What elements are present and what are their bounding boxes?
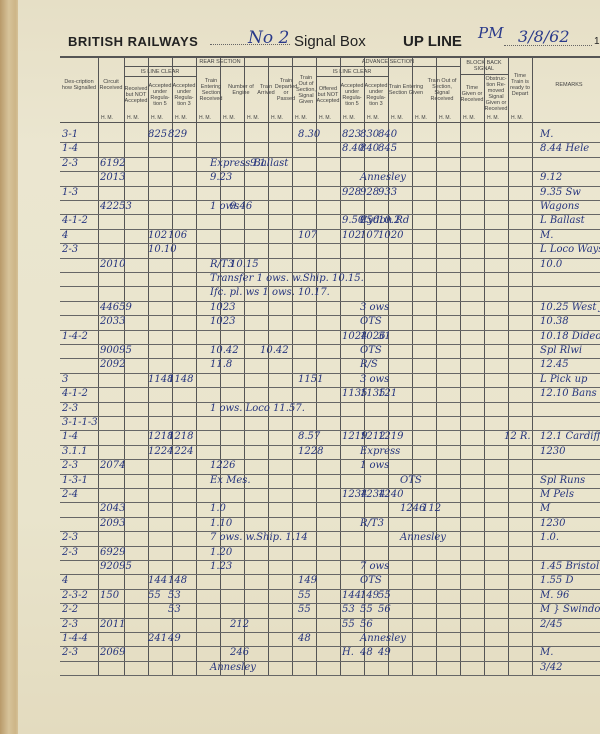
entry-circuit: 2093	[100, 518, 125, 530]
entry-a2: 830	[360, 129, 379, 141]
row-rule	[60, 315, 600, 316]
entry-a3: 1020	[378, 230, 403, 242]
entry-desc: 4	[62, 230, 68, 242]
column-rule	[508, 56, 509, 676]
engine-number-heading: Number of Engine	[226, 66, 256, 114]
out-received-heading: Train Out of Section, Signal Received	[424, 66, 460, 114]
hm-label: H. M.	[487, 115, 499, 121]
entry-desc: 1-4	[62, 143, 78, 155]
entry-c4: 53	[168, 604, 181, 616]
column-rule	[244, 56, 245, 676]
entry-c4: 148	[168, 575, 187, 587]
entry-remarks: 10.18 Dideot	[540, 331, 600, 343]
register-page: BRITISH RAILWAYS No 2 Signal Box UP LINE…	[18, 0, 600, 734]
row-rule	[60, 474, 600, 475]
adv-not-accepted-heading: Offered but NOT Accepted	[316, 76, 340, 114]
row-rule	[60, 214, 600, 215]
entry-remarks: M. 96	[540, 590, 569, 602]
entry-c5: 9.23	[210, 172, 232, 184]
entry-remarks: M.	[540, 647, 553, 659]
entry-c8: 8.30	[298, 129, 320, 141]
entry-a1: 55	[342, 619, 355, 631]
entry-c8: 107	[298, 230, 317, 242]
entry-c3: 102	[148, 230, 167, 242]
entry-remarks: 1230	[540, 518, 565, 530]
entry-c6: 246	[230, 647, 249, 659]
entry-remarks: 3/42	[540, 662, 562, 674]
entry-remarks: 9.12	[540, 172, 562, 184]
row-rule	[60, 632, 600, 633]
entry-remarks: M.	[540, 230, 553, 242]
hm-label: H. M.	[463, 115, 475, 121]
hm-label: H. M.	[295, 115, 307, 121]
entry-note: 7 ows	[360, 561, 389, 573]
entry-desc: 1-3-1	[62, 475, 88, 487]
entry-a2: 840	[360, 143, 379, 155]
entry-remarks: 10.0	[540, 259, 562, 271]
entry-desc: 2-3	[62, 619, 78, 631]
entry-remarks: 1.45 Bristol	[540, 561, 599, 573]
entry-a1: 102	[342, 230, 361, 242]
entry-c4: 829	[168, 129, 187, 141]
row-rule	[60, 459, 600, 460]
entry-desc: 3	[62, 374, 68, 386]
hm-label: H. M.	[367, 115, 379, 121]
remarks-heading: REMARKS	[532, 56, 600, 114]
entry-remarks: Spl Rlwi	[540, 345, 582, 357]
entry-desc: 1-4	[62, 431, 78, 443]
entry-a1: 823	[342, 129, 361, 141]
hm-label: H. M.	[511, 115, 523, 121]
hm-label: H. M.	[271, 115, 283, 121]
entry-circuit: 6192	[100, 158, 125, 170]
entry-note2: OTS	[400, 475, 422, 487]
block-back-heading: BLOCK BACK SIGNAL	[460, 57, 508, 74]
hm-label: H. M.	[391, 115, 403, 121]
signal-box-label: Signal Box	[294, 33, 366, 50]
entry-desc: 4-1-2	[62, 388, 88, 400]
circuit-heading: Circuit Received	[98, 56, 124, 114]
entry-c8: 1151	[298, 374, 323, 386]
header-bottom-rule	[60, 122, 600, 123]
entry-a3: 56	[378, 604, 391, 616]
entry-remarks: M.	[540, 129, 553, 141]
entry-note: Annesley	[210, 662, 256, 674]
entry-c3: 241	[148, 633, 167, 645]
row-rule	[60, 258, 600, 259]
hm-label: H. M.	[439, 115, 451, 121]
entry-note: R/S	[360, 359, 378, 371]
row-rule	[60, 618, 600, 619]
entry-c5: 1.23	[210, 561, 232, 573]
box-number: No 2	[248, 28, 289, 48]
entry-desc: 2-3	[62, 532, 78, 544]
entry-remarks: L Ballast	[540, 215, 585, 227]
entry-circuit: 6929	[100, 547, 125, 559]
entry-note2: Annesley	[400, 532, 446, 544]
row-rule	[60, 560, 600, 561]
rear-is-line-clear-heading: IS LINE CLEAR	[124, 67, 196, 76]
entry-desc: 2-3	[62, 647, 78, 659]
entry-a3: 1240	[378, 489, 403, 501]
column-rule	[532, 56, 533, 676]
entry-a2: 56	[360, 619, 373, 631]
register-table: REAR SECTIONADVANCE SECTIONIS LINE CLEAR…	[60, 56, 600, 676]
entry-a1: 144	[342, 590, 361, 602]
entry-remarks: 1.0.	[540, 532, 559, 544]
entry-remarks: 1230	[540, 446, 565, 458]
entry-remarks: 12.1 Cardiff	[540, 431, 600, 443]
entry-a2: 55	[360, 604, 373, 616]
adv-reg3-heading: Accepted under Regula-tion 3	[364, 76, 388, 114]
row-rule	[60, 675, 600, 676]
entry-c8: 55	[298, 590, 311, 602]
entry-desc: 2-3-2	[62, 590, 88, 602]
entry-a1: 53	[342, 604, 355, 616]
entry-note: 1 ows. Loco 11.57.	[210, 403, 305, 415]
advance-section-heading: ADVANCE SECTION	[316, 57, 460, 66]
entry-a3: 845	[378, 143, 397, 155]
entry-desc: 3-1	[62, 129, 78, 141]
adv-reg5-heading: Accepted under Regula-tion 5	[340, 76, 364, 114]
entry-a3: 10.2	[378, 215, 400, 227]
adv-is-line-clear-heading: IS LINE CLEAR	[316, 67, 388, 76]
entry-c8: 1228	[298, 446, 323, 458]
entry-c4: 106	[168, 230, 187, 242]
entry-note: Express Ballast	[210, 158, 288, 170]
entry-note: Ifc. pl. ws 1 ows. 10.17.	[210, 287, 330, 299]
column-rule	[460, 56, 461, 676]
entry-remarks: Spl Runs	[540, 475, 585, 487]
row-rule	[60, 646, 600, 647]
entry-c5: 1.10	[210, 518, 232, 530]
entry-note: 1 ows	[210, 201, 239, 213]
out-given-heading: Train Out of Section, Signal Given	[296, 66, 316, 114]
rear-reg5-heading: Accepted under Regula-tion 5	[148, 76, 172, 114]
entry-desc: 2-2	[62, 604, 78, 616]
entry-a2: 928	[360, 187, 379, 199]
entry-circuit: 2033	[100, 316, 125, 328]
entry-desc: 4-1-2	[62, 215, 88, 227]
row-rule	[60, 142, 600, 143]
hm-label: H. M.	[101, 115, 113, 121]
hm-label: H. M.	[223, 115, 235, 121]
entry-c8: 48	[298, 633, 311, 645]
entry-desc: 1-3	[62, 187, 78, 199]
row-rule	[60, 229, 600, 230]
rear-reg3-heading: Accepted under Regula-tion 3	[172, 76, 196, 114]
entry-remarks: 2/45	[540, 619, 562, 631]
entry-remarks: 10.25 West Jct	[540, 302, 600, 314]
column-rule	[412, 56, 413, 676]
entry-a2: 48	[360, 647, 373, 659]
entry-circuit: 44659	[100, 302, 132, 314]
entry-note: OTS	[360, 575, 382, 587]
rear-not-accepted-heading: Received but NOT Accepted	[124, 76, 148, 114]
entry-circuit: 2069	[100, 647, 125, 659]
column-rule	[484, 56, 485, 676]
row-rule	[60, 546, 600, 547]
arrived-heading: Train Arrived	[256, 66, 276, 114]
organisation-name: BRITISH RAILWAYS	[68, 34, 198, 49]
hm-label: H. M.	[247, 115, 259, 121]
row-rule	[60, 330, 600, 331]
entry-a6: 12 R.	[504, 431, 531, 443]
hm-label: H. M.	[127, 115, 139, 121]
entry-note: OTS	[360, 345, 382, 357]
entry-note: Annesley	[360, 633, 406, 645]
row-rule	[60, 589, 600, 590]
column-rule	[98, 56, 99, 676]
hm-label: H. M.	[415, 115, 427, 121]
entry-a2: 149	[360, 590, 379, 602]
entry-remarks: M Pels	[540, 489, 574, 501]
hm-label: H. M.	[199, 115, 211, 121]
entry-desc: 1-4-2	[62, 331, 88, 343]
entry-note: R/T3	[210, 259, 234, 271]
row-rule	[60, 373, 600, 374]
entry-note: R/T3	[360, 518, 384, 530]
column-rule	[196, 56, 197, 676]
entry-a5: 112	[422, 503, 441, 515]
entry-c5: 1.0	[210, 503, 226, 515]
hm-label: H. M.	[343, 115, 355, 121]
entry-desc: 2-3	[62, 158, 78, 170]
time-ready-heading: Time Train is ready to Depart	[508, 56, 532, 114]
row-rule	[60, 243, 600, 244]
entry-remarks: 12.45	[540, 359, 569, 371]
row-rule	[60, 344, 600, 345]
entry-c5: 1.20	[210, 547, 232, 559]
row-rule	[60, 387, 600, 388]
entry-remarks: 8.44 Hele	[540, 143, 589, 155]
entry-circuit: 150	[100, 590, 119, 602]
entry-c8: 8.57	[298, 431, 320, 443]
hm-label: H. M.	[151, 115, 163, 121]
entry-desc: 2-4	[62, 489, 78, 501]
entry-note: Annesley	[360, 172, 406, 184]
entry-circuit: 90095	[100, 345, 132, 357]
entry-a3: 31	[378, 331, 391, 343]
row-rule	[60, 531, 600, 532]
column-rule	[292, 56, 293, 676]
entry-c3: 144	[148, 575, 167, 587]
entry-note: 7 ows. w.Ship. 1.14	[210, 532, 308, 544]
entry-c7: 10.42	[260, 345, 289, 357]
row-rule	[60, 416, 600, 417]
register-title: BRITISH RAILWAYS No 2 Signal Box UP LINE…	[48, 30, 588, 54]
entry-circuit: 2011	[100, 619, 125, 631]
entry-a3: 55	[378, 590, 391, 602]
rear-section-heading: REAR SECTION	[124, 57, 316, 66]
row-rule	[60, 488, 600, 489]
entry-c5: 10.42	[210, 345, 239, 357]
entry-c3: 10.10	[148, 244, 177, 256]
entry-desc: 2-3	[62, 547, 78, 559]
entry-note: 1 ows	[360, 460, 389, 472]
row-rule	[60, 171, 600, 172]
entry-remarks: L Pick up	[540, 374, 587, 386]
column-rule	[268, 56, 269, 676]
entry-c6: 212	[230, 619, 249, 631]
entry-a1: 928	[342, 187, 361, 199]
entry-circuit: 92095	[100, 561, 132, 573]
entry-a3: 49	[378, 647, 391, 659]
entry-remarks: M	[540, 503, 550, 515]
entry-a2: 950	[360, 215, 379, 227]
entry-a3: 933	[378, 187, 397, 199]
row-rule	[60, 286, 600, 287]
entry-remarks: L Loco Ways	[540, 244, 600, 256]
entry-a3: 840	[378, 129, 397, 141]
entry-remarks: 10.38	[540, 316, 569, 328]
entry-note: 3 ows	[360, 302, 389, 314]
entry-a3: 121	[378, 388, 397, 400]
entry-c6: 10.15	[230, 259, 259, 271]
entry-desc: 2-3	[62, 460, 78, 472]
entry-c5: 11.8	[210, 359, 232, 371]
entry-c4: 1224	[168, 446, 193, 458]
entering-received-heading: Train Entering Section Received	[196, 66, 226, 114]
entry-note: Express	[360, 446, 400, 458]
row-rule	[60, 445, 600, 446]
entry-circuit: 2010	[100, 259, 125, 271]
entry-c4: 53	[168, 590, 181, 602]
entry-note: Ex Mes.	[210, 475, 251, 487]
column-rule	[340, 56, 341, 676]
entering-given-heading: Train Entering Section Given	[388, 66, 424, 114]
entry-desc: 2-3	[62, 244, 78, 256]
row-rule	[60, 517, 600, 518]
entry-note: OTS	[360, 316, 382, 328]
entry-desc: 3-1-1-3	[62, 417, 98, 429]
entry-c4: 49	[168, 633, 181, 645]
entry-remarks: 12.10 Bans	[540, 388, 597, 400]
row-rule	[60, 502, 600, 503]
entry-c5: 1023	[210, 316, 235, 328]
entry-circuit: 2013	[100, 172, 125, 184]
row-rule	[60, 301, 600, 302]
row-rule	[60, 157, 600, 158]
entry-c8: 55	[298, 604, 311, 616]
column-rule	[436, 56, 437, 676]
entry-remarks: M } Swindon	[540, 604, 600, 616]
row-rule	[60, 574, 600, 575]
departed-heading: Train Departed or Passed	[276, 66, 296, 114]
entry-c5: 1226	[210, 460, 235, 472]
row-rule	[60, 661, 600, 662]
line-label: UP LINE	[403, 33, 462, 50]
entry-c3: 55	[148, 590, 161, 602]
row-rule	[60, 200, 600, 201]
entry-remarks: Wagons	[540, 201, 579, 213]
row-rule	[60, 186, 600, 187]
entry-c3: 825	[148, 129, 167, 141]
entry-c8: 149	[298, 575, 317, 587]
entry-circuit: 2092	[100, 359, 125, 371]
entry-c4: 1148	[168, 374, 193, 386]
description-heading: Des-cription how Signalled	[60, 56, 98, 114]
entry-a3: 1219	[378, 431, 403, 443]
obstruction-heading: Obstruc-tion Re-moved Signal Given or Re…	[484, 74, 508, 114]
entry-remarks: 9.35 Sw	[540, 187, 581, 199]
entry-desc: 3.1.1	[62, 446, 87, 458]
date-value: 3/8/62	[518, 27, 570, 46]
shift-label: PM	[478, 24, 503, 42]
entry-remarks: 1.55 D	[540, 575, 573, 587]
entry-circuit: 42253	[100, 201, 132, 213]
entry-c5: 1023	[210, 302, 235, 314]
entry-desc: 2-3	[62, 403, 78, 415]
row-rule	[60, 603, 600, 604]
entry-desc: 1-4-4	[62, 633, 88, 645]
block-time-heading: Time Given or Received	[460, 74, 484, 114]
entry-a1: H.	[342, 647, 354, 659]
row-rule	[60, 402, 600, 403]
hm-label: H. M.	[175, 115, 187, 121]
year-suffix: 19	[594, 36, 600, 47]
entry-a2: 107	[360, 230, 379, 242]
entry-circuit: 2074	[100, 460, 125, 472]
entry-c4: 1218	[168, 431, 193, 443]
entry-circuit: 2043	[100, 503, 125, 515]
hm-label: H. M.	[319, 115, 331, 121]
entry-note: Transfer 1 ows. w.Ship. 10.15.	[210, 273, 364, 285]
entry-note: 3 ows	[360, 374, 389, 386]
entry-desc: 4	[62, 575, 68, 587]
row-rule	[60, 358, 600, 359]
